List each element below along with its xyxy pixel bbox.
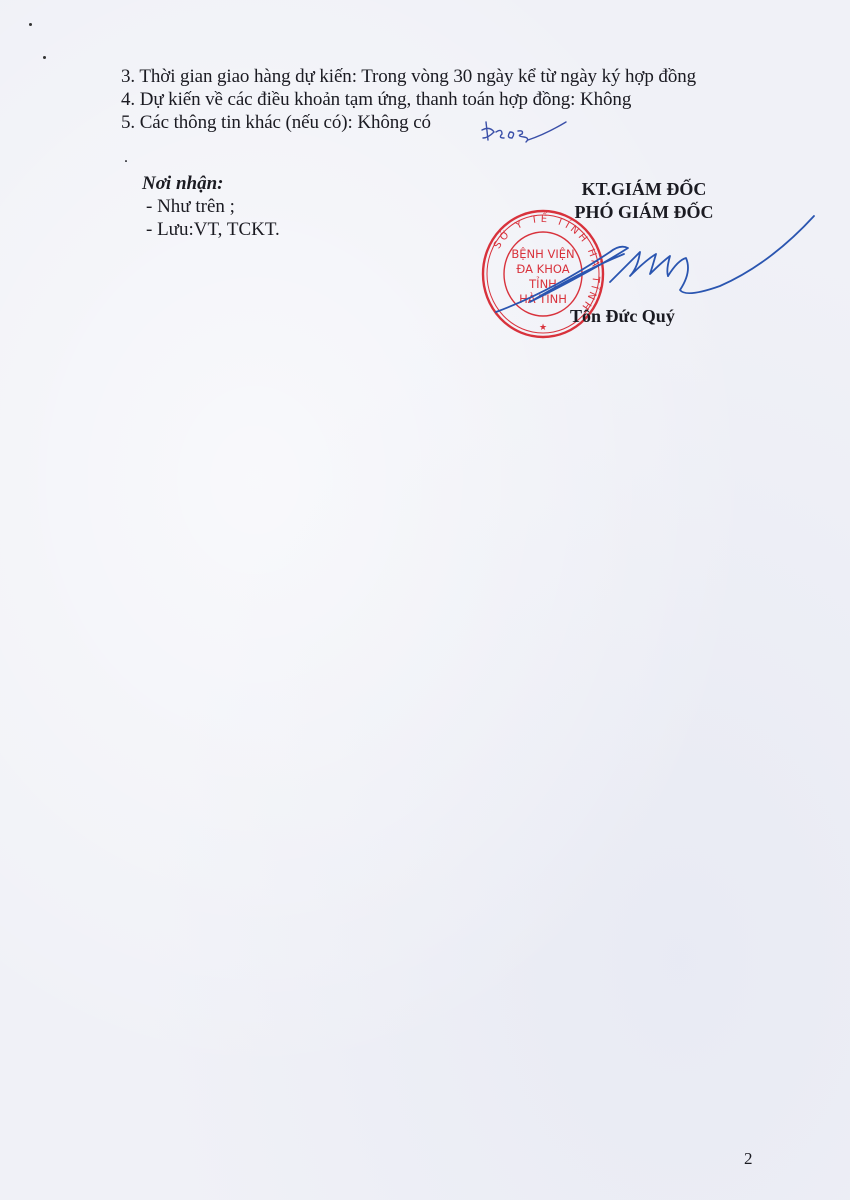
item-delivery-time: 3. Thời gian giao hàng dự kiến: Trong vò… — [121, 66, 696, 88]
recipients-title: Nơi nhận: — [142, 173, 223, 195]
recipient-item: - Như trên ; — [146, 196, 235, 218]
bullet-dot: . — [124, 149, 128, 167]
scan-speck — [29, 23, 32, 26]
signer-name: Tôn Đức Quý — [570, 306, 675, 327]
recipient-item: - Lưu:VT, TCKT. — [146, 219, 280, 241]
item-payment-terms: 4. Dự kiến về các điều khoản tạm ứng, th… — [121, 89, 631, 111]
item-other-info: 5. Các thông tin khác (nếu có): Không có — [121, 112, 431, 134]
signature-title-line1: KT.GIÁM ĐỐC — [514, 179, 774, 200]
page-number: 2 — [744, 1149, 753, 1169]
initials-mark — [480, 118, 570, 148]
stamp-star-icon: ★ — [539, 323, 547, 333]
scan-speck — [43, 56, 46, 59]
document-page: 3. Thời gian giao hàng dự kiến: Trong vò… — [0, 0, 850, 1200]
